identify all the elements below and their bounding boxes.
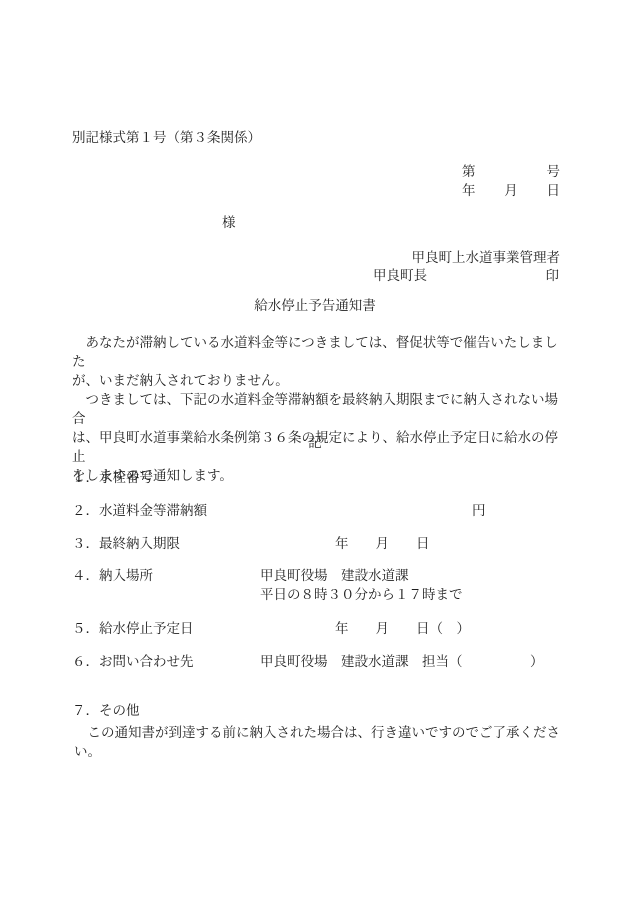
item-3-date-fields: 年 月 日 xyxy=(335,534,430,553)
body-paragraph-1: あなたが滞納している水道料金等につきましては、督促状等で催告いたしました が、い… xyxy=(72,333,564,390)
item-5-date-fields: 年 月 日（ ） xyxy=(335,619,470,638)
item-4-place-text: 甲良町役場 建設水道課 平日の８時３０分から１７時まで xyxy=(260,566,463,604)
date-month-label: 月 xyxy=(504,181,518,200)
doc-number-suffix: 号 xyxy=(547,162,561,181)
item-1-label: １．水栓番号 xyxy=(72,470,153,485)
body-text: あなたが滞納している水道料金等につきましては、督促状等で催告いたしました が、い… xyxy=(72,333,564,485)
form-reference: 別記様式第１号（第３条関係） xyxy=(72,128,261,147)
doc-number-prefix: 第 xyxy=(462,162,476,181)
item-5-label: ５．給水停止予定日 xyxy=(72,621,194,636)
sender-name: 甲良町長 xyxy=(373,266,427,285)
list-item-final-deadline: ３．最終納入期限 年 月 日 xyxy=(72,534,572,553)
list-item-suspension-date: ５．給水停止予定日 年 月 日（ ） xyxy=(72,619,572,638)
list-item-arrears-amount: ２．水道料金等滞納額 円 xyxy=(72,501,572,520)
addressee-honorific: 様 xyxy=(222,213,236,232)
sender-title: 甲良町上水道事業管理者 xyxy=(412,248,561,267)
date-year-label: 年 xyxy=(462,181,476,200)
item-2-unit-yen: 円 xyxy=(472,501,486,520)
item-3-label: ３．最終納入期限 xyxy=(72,536,180,551)
list-item-other: ７．その他 xyxy=(72,701,572,720)
list-item-tap-number: １．水栓番号 xyxy=(72,468,572,487)
item-2-label: ２．水道料金等滞納額 xyxy=(72,503,207,518)
record-heading: 記 xyxy=(0,433,630,452)
issue-date-line: 年 月 日 xyxy=(462,181,560,200)
item-7-label: ７．その他 xyxy=(72,703,140,718)
notice-document-page: 別記様式第１号（第３条関係） 第 号 年 月 日 様 甲良町上水道事業管理者 甲… xyxy=(0,0,630,903)
sender-name-line: 甲良町長 印 xyxy=(373,266,559,285)
document-number-line: 第 号 xyxy=(462,162,560,181)
item-4-label: ４．納入場所 xyxy=(72,568,153,583)
list-item-payment-place: ４．納入場所 甲良町役場 建設水道課 平日の８時３０分から１７時まで xyxy=(72,566,572,585)
document-title: 給水停止予告通知書 xyxy=(0,296,630,315)
sender-seal-mark: 印 xyxy=(546,266,560,285)
item-6-label: ６．お問い合わせ先 xyxy=(72,654,194,669)
date-day-label: 日 xyxy=(547,181,561,200)
list-item-contact: ６．お問い合わせ先 甲良町役場 建設水道課 担当（ ） xyxy=(72,652,572,671)
other-note: この通知書が到達する前に納入された場合は、行き違いですのでご了承ください。 xyxy=(74,723,574,761)
item-6-contact-text: 甲良町役場 建設水道課 担当（ ） xyxy=(260,652,544,671)
